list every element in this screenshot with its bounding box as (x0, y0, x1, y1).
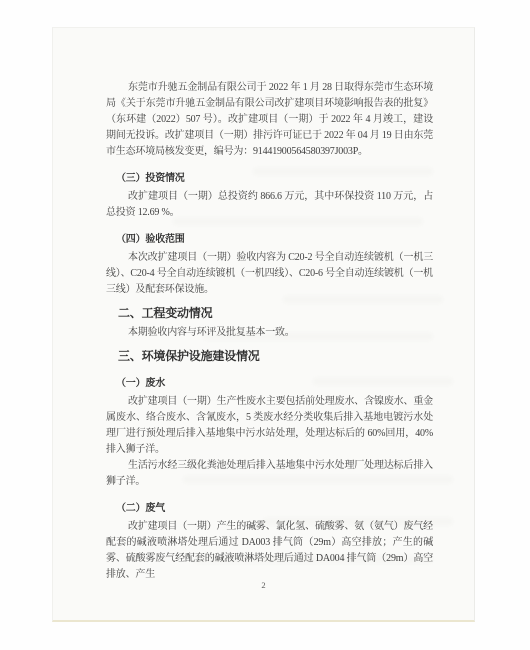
intro-paragraph: 东莞市升驰五金制品有限公司于 2022 年 1 月 28 日取得东莞市生态环境局… (106, 80, 433, 160)
heading-acceptance-scope: （四）验收范围 (106, 232, 433, 248)
heading-investment: （三）投资情况 (106, 171, 433, 187)
investment-paragraph: 改扩建项目（一期）总投资约 866.6 万元，其中环保投资 110 万元，占总投… (106, 189, 433, 221)
wastewater-paragraph-domestic: 生活污水经三级化粪池处理后排入基地集中污水处理厂处理达标后排入狮子洋。 (106, 458, 433, 490)
wastewater-paragraph-production: 改扩建项目（一期）生产性废水主要包括前处理废水、含镍废水、重金属废水、络合废水、… (106, 394, 433, 458)
heading-wastewater: （一）废水 (106, 376, 433, 392)
heading-project-changes: 二、工程变动情况 (106, 304, 433, 322)
page-number: 2 (53, 580, 474, 590)
heading-waste-gas: （二）废气 (106, 501, 433, 517)
scan-background: 东莞市升驰五金制品有限公司于 2022 年 1 月 28 日取得东莞市生态环境局… (0, 0, 530, 650)
heading-env-protection-facilities: 三、环境保护设施建设情况 (106, 347, 433, 365)
project-changes-paragraph: 本期验收内容与环评及批复基本一致。 (106, 325, 433, 341)
waste-gas-paragraph: 改扩建项目（一期）产生的碱雾、氯化氢、硫酸雾、氨（氨气）废气经配套的碱液喷淋塔处… (106, 519, 433, 583)
document-page: 东莞市升驰五金制品有限公司于 2022 年 1 月 28 日取得东莞市生态环境局… (52, 27, 475, 622)
acceptance-scope-paragraph: 本次改扩建项目（一期）验收内容为 C20-2 号全自动连续镀机（一机三线）、C2… (106, 250, 433, 298)
document-content: 东莞市升驰五金制品有限公司于 2022 年 1 月 28 日取得东莞市生态环境局… (106, 80, 433, 583)
